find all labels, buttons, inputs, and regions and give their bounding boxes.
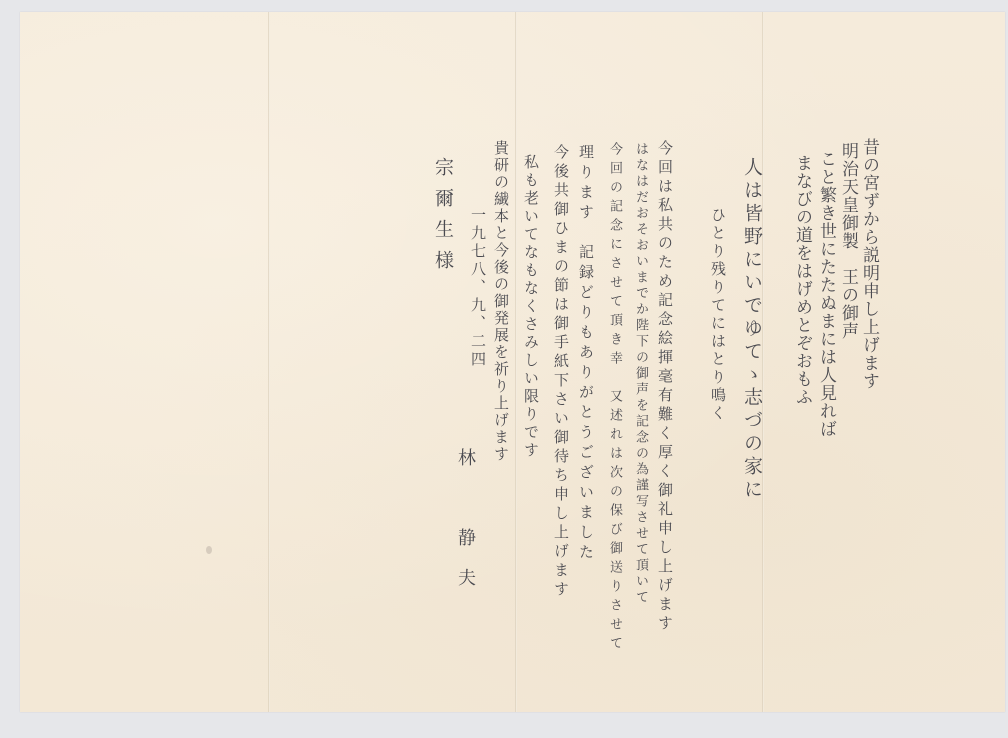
body-line-6: 私も老いてなもなくさみしい限りです	[523, 154, 538, 460]
letter-paper: 昔の宮ずから説明申し上げます 明治天皇御製 王の御声 こと繁き世にたたぬまには人…	[20, 12, 1005, 712]
fold-line-center	[515, 12, 517, 712]
haiku-line-1: 人は皆野にいでゆてゝ志づの家に	[742, 157, 761, 502]
paper-spot	[206, 546, 212, 554]
poem-intro-line-2: 明治天皇御製 王の御声	[839, 142, 856, 340]
body-line-1: 今回は私共のため記念絵揮毫有難く厚く御礼申し上げます	[657, 140, 672, 634]
letter-date: 一九七八、九、二四	[470, 207, 485, 369]
recipient-name: 宗爾生様	[433, 157, 452, 281]
fold-line-left	[268, 12, 270, 712]
body-line-7: 貴研の繊本と今後の御発展を祈り上げます	[493, 140, 508, 463]
body-line-4: 理ります 記録どりもありがとうございました	[578, 144, 593, 564]
body-line-3: 今回の記念にさせて頂き幸 又述れは次の保び御送りさせて	[608, 142, 621, 655]
poem-intro-line-4: まなびの道をはげめとぞおもふ	[793, 154, 810, 406]
poem-intro-line-3: こと繁き世にたたぬまには人見れば	[817, 150, 834, 438]
haiku-line-2: ひとり残りてにはとり鳴く	[710, 207, 725, 423]
body-line-5: 今後共御ひまの節は御手紙下さい御待ち申し上げます	[553, 144, 568, 600]
poem-intro-line-1: 昔の宮ずから説明申し上げます	[860, 138, 877, 390]
sender-signature: 林 静夫	[456, 448, 474, 608]
body-line-2: はなはだおそおいまでか陛下の御声を記念の為謹写させて頂いて	[634, 142, 647, 606]
